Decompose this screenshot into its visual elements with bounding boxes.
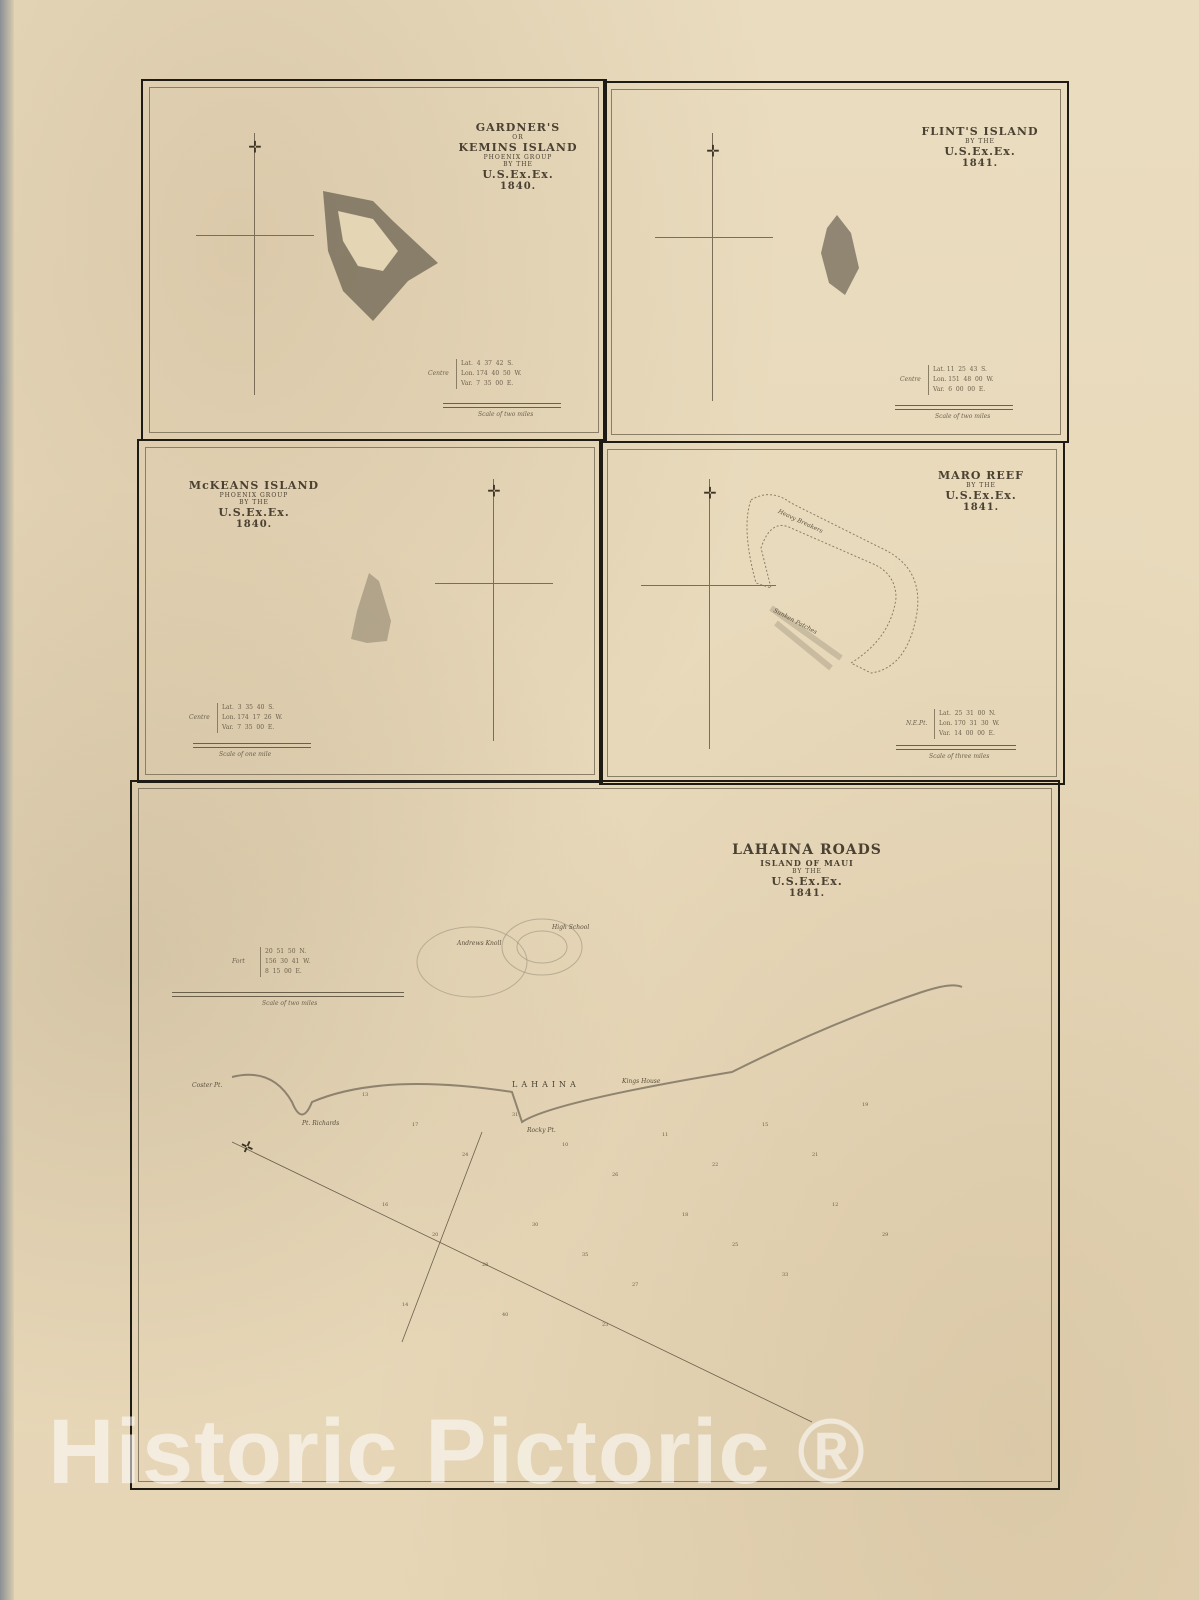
- compass-north-icon: ✛: [703, 484, 716, 503]
- sheet-edge: [0, 0, 14, 1600]
- panel-title: FLINT'S ISLAND BY THE U.S.Ex.Ex. 1841.: [905, 125, 1055, 169]
- island-mckean: [347, 571, 395, 646]
- scale-label: Scale of one mile: [219, 751, 271, 758]
- panel-title: GARDNER'S OR KEMINS ISLAND PHOENIX GROUP…: [443, 121, 593, 192]
- reef-maro: [731, 488, 941, 683]
- island-gardner: [313, 181, 443, 326]
- compass-north-icon: ✛: [487, 482, 500, 501]
- centre-coordinates: Centre Lat. 11 25 43 S.Lon. 151 48 00 W.…: [900, 365, 993, 395]
- panel-lahaina-roads: LAHAINA ROADS ISLAND OF MAUI BY THE U.S.…: [130, 780, 1060, 1490]
- scale-bar: [895, 405, 1013, 410]
- meridian-line: [709, 479, 710, 749]
- parallel-line: [435, 583, 553, 584]
- scale-label: Scale of three miles: [929, 753, 989, 760]
- scale-bar: [443, 403, 561, 408]
- centre-coordinates: Centre Lat. 3 35 40 S.Lon. 174 17 26 W.V…: [189, 703, 282, 733]
- scale-label: Scale of two miles: [935, 413, 990, 420]
- soundings-field: 13 17 24 31 10 26 11 22 15 21 19 16 20 2…: [352, 1082, 912, 1332]
- panel-maro-reef: ✛ Heavy Breakers Sunken Patches MARO REE…: [599, 441, 1065, 785]
- parallel-line: [655, 237, 773, 238]
- watermark: Historic Pictoric ®: [48, 1400, 866, 1505]
- compass-north-icon: ✛: [248, 138, 261, 157]
- panel-title: McKEANS ISLAND PHOENIX GROUP BY THE U.S.…: [179, 479, 329, 530]
- scale-bar: [193, 743, 311, 748]
- parallel-line: [196, 235, 314, 236]
- island-flint: [815, 213, 865, 298]
- label-coster-pt: Coster Pt.: [192, 1082, 222, 1089]
- panel-gardners-island: ✛ GARDNER'S OR KEMINS ISLAND PHOENIX GRO…: [141, 79, 607, 441]
- ne-point-coordinates: N.E.Pt. Lat. 25 31 00 N.Lon. 170 31 30 W…: [906, 709, 999, 739]
- panel-flints-island: ✛ FLINT'S ISLAND BY THE U.S.Ex.Ex. 1841.…: [603, 81, 1069, 443]
- meridian-line: [254, 133, 255, 395]
- scale-bar: [896, 745, 1016, 750]
- panel-mckeans-island: ✛ McKEANS ISLAND PHOENIX GROUP BY THE U.…: [137, 439, 603, 783]
- scale-label: Scale of two miles: [478, 411, 533, 418]
- meridian-line: [712, 133, 713, 401]
- centre-coordinates: Centre Lat. 4 37 42 S.Lon. 174 40 50 W.V…: [428, 359, 521, 389]
- label-pt-richards: Pt. Richards: [302, 1120, 339, 1127]
- label-andrews-knoll: Andrews Knoll: [457, 940, 501, 947]
- label-high-school: High School: [552, 924, 589, 931]
- panel-title: MARO REEF BY THE U.S.Ex.Ex. 1841.: [906, 469, 1056, 513]
- compass-north-icon: ✛: [706, 142, 719, 161]
- meridian-line: [493, 479, 494, 741]
